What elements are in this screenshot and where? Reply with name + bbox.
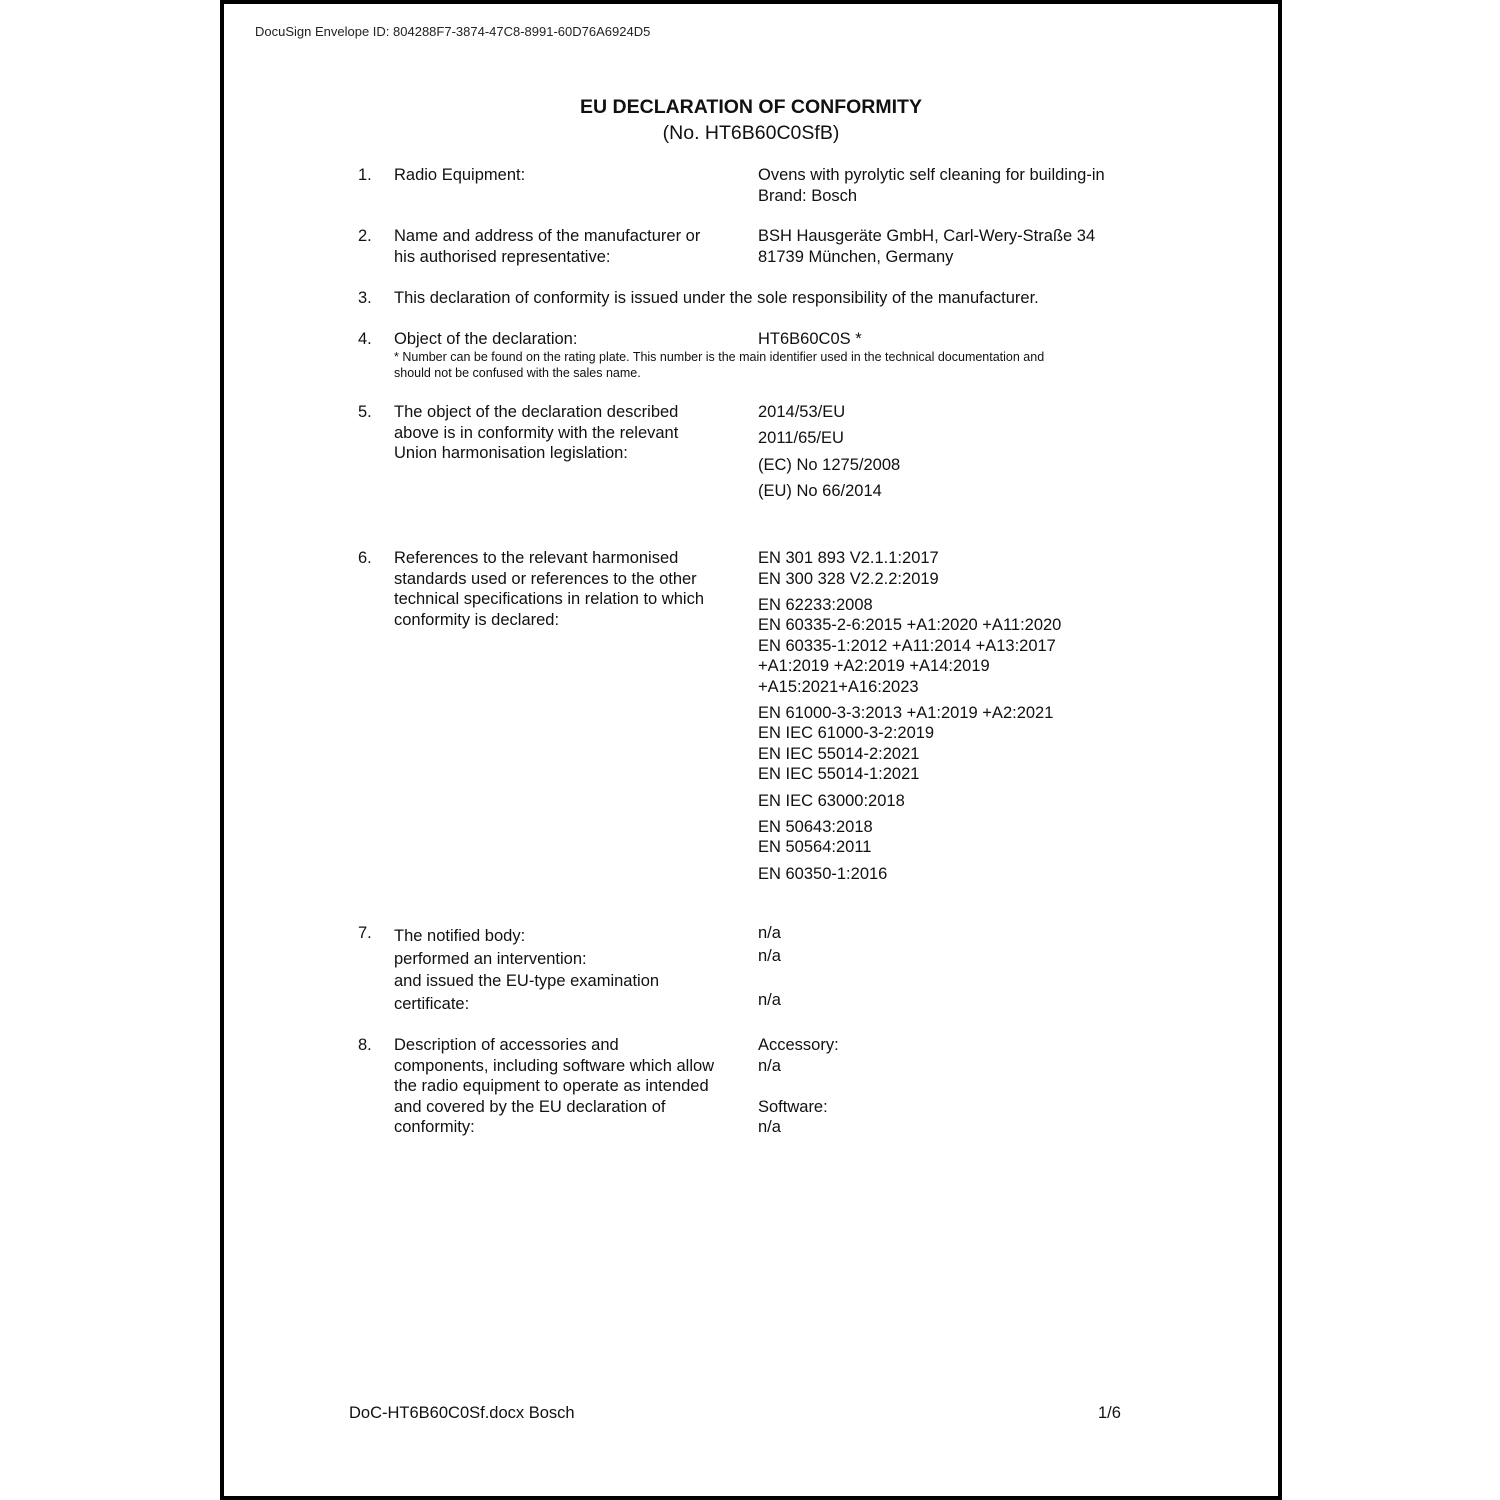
- section-label-line: the radio equipment to operate as intend…: [394, 1076, 709, 1097]
- standard-item: EN 61000-3-3:2013 +A1:2019 +A2:2021: [758, 703, 1053, 724]
- section-label-line: components, including software which all…: [394, 1056, 714, 1077]
- section-number: 2.: [358, 226, 372, 247]
- section-number: 1.: [358, 165, 372, 186]
- software-label: Software:: [758, 1097, 828, 1118]
- standard-item: +A15:2021+A16:2023: [758, 677, 919, 698]
- accessory-value: n/a: [758, 1056, 781, 1077]
- standard-item: EN 300 328 V2.2.2:2019: [758, 569, 939, 590]
- standard-item: EN IEC 55014-1:2021: [758, 764, 919, 785]
- section-label-line: his authorised representative:: [394, 247, 610, 268]
- section-label-line: standards used or references to the othe…: [394, 569, 697, 590]
- standard-item: EN IEC 55014-2:2021: [758, 744, 919, 765]
- brand-value: Brand: Bosch: [758, 186, 857, 207]
- intervention-value: n/a: [758, 946, 781, 967]
- section-label-line: conformity is declared:: [394, 610, 559, 631]
- standard-item: EN 60350-1:2016: [758, 864, 887, 885]
- section-number: 7.: [358, 923, 372, 944]
- standard-item: EN 301 893 V2.1.1:2017: [758, 548, 939, 569]
- standard-item: EN 50564:2011: [758, 837, 871, 858]
- standard-item: EN 60335-2-6:2015 +A1:2020 +A11:2020: [758, 615, 1061, 636]
- legislation-item: (EU) No 66/2014: [758, 481, 882, 502]
- certificate-value: n/a: [758, 990, 781, 1011]
- accessory-label: Accessory:: [758, 1035, 839, 1056]
- footer-page-number: 1/6: [1098, 1404, 1121, 1423]
- section-label-line: The object of the declaration described: [394, 402, 678, 423]
- section-number: 5.: [358, 402, 372, 423]
- section-label-line: conformity:: [394, 1117, 475, 1138]
- manufacturer-address: 81739 München, Germany: [758, 247, 953, 268]
- section-label-line: performed an intervention:: [394, 949, 587, 970]
- section-label-line: and covered by the EU declaration of: [394, 1097, 666, 1118]
- legislation-item: 2014/53/EU: [758, 402, 845, 423]
- footnote-line: should not be confused with the sales na…: [394, 365, 641, 381]
- radio-equipment-value: Ovens with pyrolytic self cleaning for b…: [758, 165, 1105, 186]
- section-label-line: and issued the EU-type examination: [394, 971, 659, 992]
- software-value: n/a: [758, 1117, 781, 1138]
- section-number: 4.: [358, 329, 372, 350]
- section-label-line: certificate:: [394, 994, 469, 1015]
- standard-item: EN 60335-1:2012 +A11:2014 +A13:2017: [758, 636, 1056, 657]
- standard-item: +A1:2019 +A2:2019 +A14:2019: [758, 656, 990, 677]
- section-label: Radio Equipment:: [394, 165, 525, 186]
- section-label-line: References to the relevant harmonised: [394, 548, 678, 569]
- legislation-item: (EC) No 1275/2008: [758, 455, 900, 476]
- standard-item: EN IEC 63000:2018: [758, 791, 905, 812]
- document-number: (No. HT6B60C0SfB): [224, 121, 1278, 145]
- section-label-line: Description of accessories and: [394, 1035, 619, 1056]
- standard-item: EN IEC 61000-3-2:2019: [758, 723, 934, 744]
- document-title: EU DECLARATION OF CONFORMITY: [224, 95, 1278, 119]
- section-label-line: Name and address of the manufacturer or: [394, 226, 700, 247]
- section-label-line: above is in conformity with the relevant: [394, 423, 678, 444]
- standard-item: EN 50643:2018: [758, 817, 873, 838]
- section-number: 8.: [358, 1035, 372, 1056]
- manufacturer-name: BSH Hausgeräte GmbH, Carl-Wery-Straße 34: [758, 226, 1095, 247]
- section-label-line: technical specifications in relation to …: [394, 589, 704, 610]
- section-number: 3.: [358, 288, 372, 309]
- section-label-line: Union harmonisation legislation:: [394, 443, 628, 464]
- section-label-line: The notified body:: [394, 926, 525, 947]
- section-label: Object of the declaration:: [394, 329, 577, 350]
- notified-body-value: n/a: [758, 923, 781, 944]
- legislation-item: 2011/65/EU: [758, 428, 844, 449]
- section-number: 6.: [358, 548, 372, 569]
- standard-item: EN 62233:2008: [758, 595, 873, 616]
- footnote-line: * Number can be found on the rating plat…: [394, 349, 1044, 365]
- responsibility-statement: This declaration of conformity is issued…: [394, 288, 1039, 309]
- object-identifier: HT6B60C0S *: [758, 329, 862, 350]
- docusign-envelope-id: DocuSign Envelope ID: 804288F7-3874-47C8…: [255, 24, 650, 39]
- footer-filename: DoC-HT6B60C0Sf.docx Bosch: [349, 1404, 575, 1423]
- document-page: DocuSign Envelope ID: 804288F7-3874-47C8…: [220, 0, 1282, 1500]
